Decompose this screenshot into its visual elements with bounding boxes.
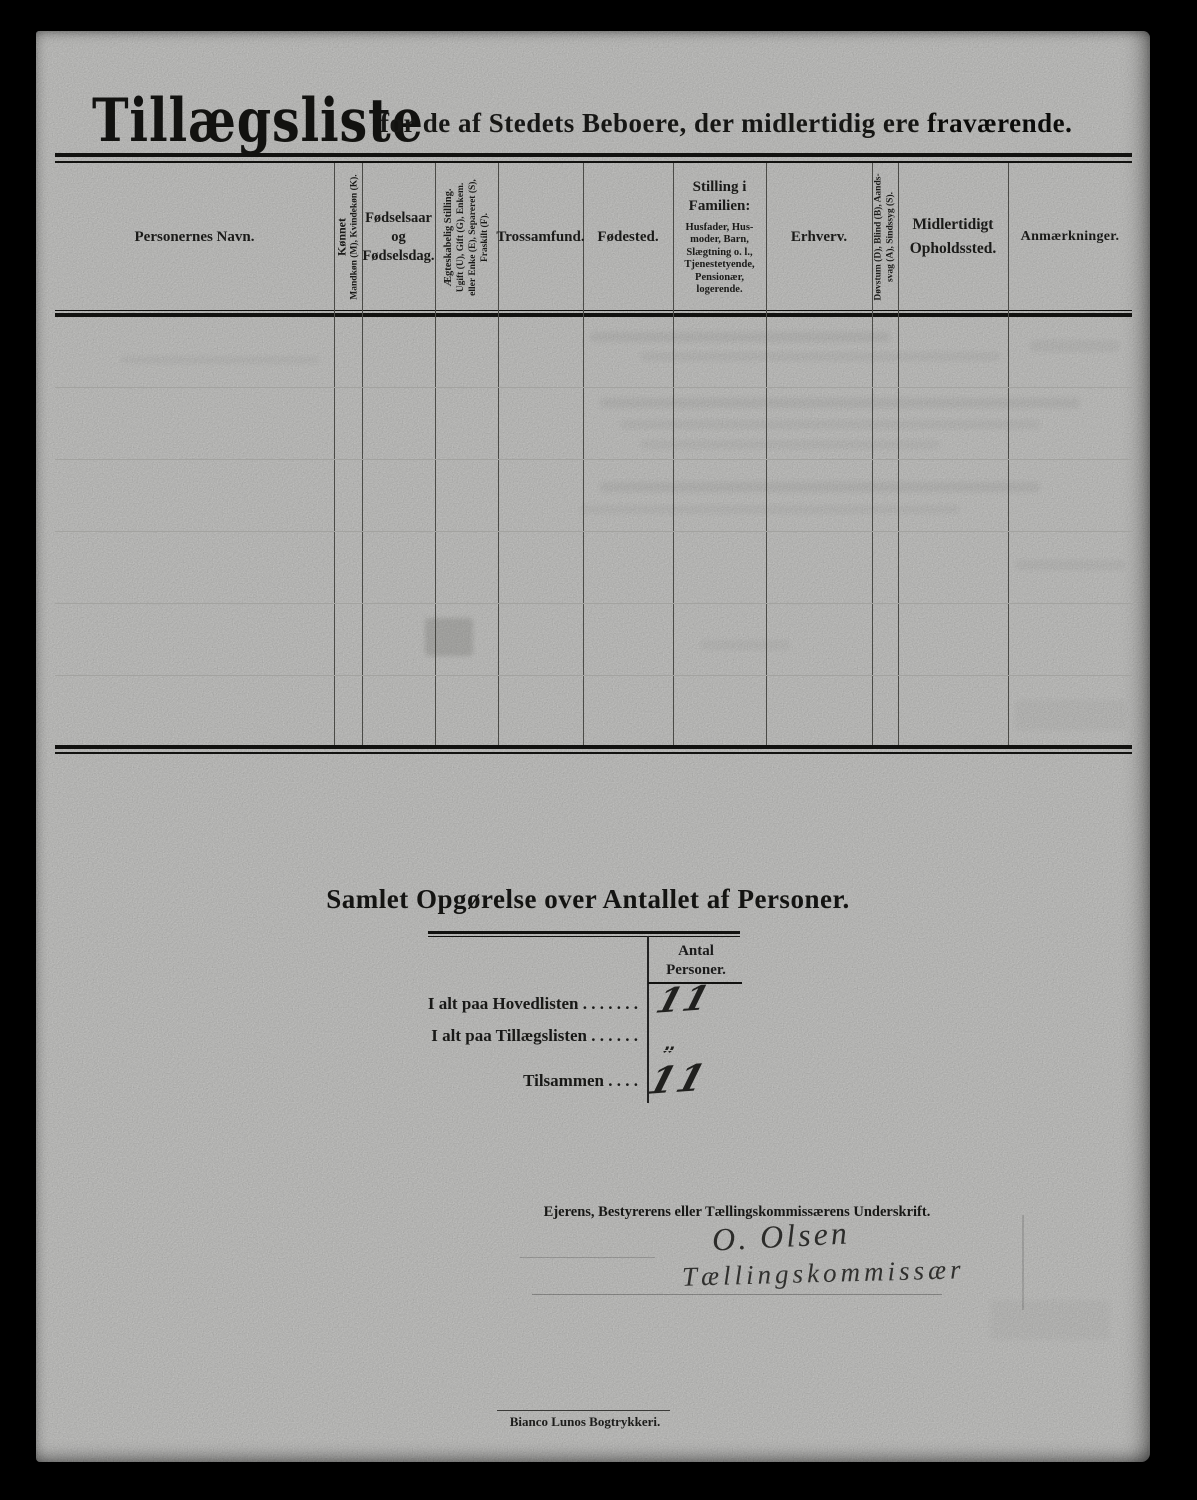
scanned-census-form-page: Tillægsliste for de af Stedets Beboere, …: [0, 0, 1197, 1500]
foedselsaar-line3: Fødselsdag.: [362, 247, 434, 266]
column-header-navn-label: Personernes Navn.: [135, 229, 255, 246]
summary-top-rule-thin: [428, 936, 740, 937]
stilling-title2: Familien:: [689, 197, 751, 216]
bleed-through-artifact: [1015, 700, 1125, 730]
subtitle-text: for de af Stedets Beboere, der midlertid…: [380, 108, 920, 138]
bleed-through-artifact: [700, 640, 790, 650]
vertical-text: Kønnet Mandkøn (M), Kvindekøn (K).: [335, 174, 361, 299]
column-header-navn: Personernes Navn.: [55, 163, 334, 311]
bleed-through-artifact: [1030, 340, 1120, 352]
column-header-foedested: Fødested.: [583, 163, 673, 311]
summary-row2-label: I alt paa Tillægslisten . . . . . .: [420, 1026, 638, 1046]
summary-row3-label: Tilsammen . . . .: [420, 1071, 638, 1091]
stilling-sub5: Pensionær,: [684, 272, 754, 285]
table-top-rule-thick: [55, 153, 1132, 157]
table-bottom-rule-thin: [55, 752, 1132, 754]
row-line: [55, 603, 1132, 604]
trossamfund-label: Trossamfund.: [496, 229, 584, 246]
column-header-anmaerkninger: Anmærkninger.: [1008, 163, 1132, 311]
doevstum-line1: Døvstum (D), Blind (B), Aands-: [873, 173, 885, 300]
footer-rule: [497, 1410, 670, 1411]
doevstum-line2: svag (A), Sindssyg (S).: [885, 173, 897, 300]
aegteskabelig-line2: Ugift (U), Gift (G), Enkem.: [455, 179, 467, 296]
summary-divider-line: [647, 936, 649, 1103]
stilling-sub4: Tjenestetyende,: [684, 259, 754, 272]
aegteskabelig-line4: Fraskilt (F).: [479, 179, 491, 296]
column-header-aegteskabelig: Ægteskabelig Stilling. Ugift (U), Gift (…: [435, 163, 498, 311]
summary-row2-value-ditto-mark: „: [663, 1030, 676, 1056]
summary-row1-label: I alt paa Hovedlisten . . . . . . .: [420, 994, 638, 1014]
summary-top-rule-thick: [428, 931, 740, 934]
bleed-through-artifact: [620, 420, 1040, 429]
foedested-label: Fødested.: [597, 229, 658, 246]
opholdssted-line2: Opholdssted.: [910, 237, 997, 261]
bleed-through-artifact: [425, 618, 473, 656]
row-line: [55, 387, 1132, 388]
foedselsaar-line1: Fødselsaar: [362, 209, 434, 228]
signature-underline: [532, 1294, 942, 1295]
column-header-foedselsaar: Fødselsaar og Fødselsdag.: [362, 163, 435, 311]
printer-imprint: Bianco Lunos Bogtrykkeri.: [465, 1414, 705, 1430]
bleed-through-artifact: [120, 356, 320, 364]
summary-row2-line: [649, 1050, 741, 1051]
summary-col-header: Antal Personer.: [650, 942, 742, 980]
summary-col-header-line2: Personer.: [650, 961, 742, 980]
page-subtitle: for de af Stedets Beboere, der midlertid…: [380, 108, 1072, 139]
aegteskabelig-line1: Ægteskabelig Stilling.: [442, 179, 455, 296]
row-line: [55, 675, 1132, 676]
vertical-text: Døvstum (D), Blind (B), Aands- svag (A),…: [873, 173, 897, 300]
column-header-doevstum: Døvstum (D), Blind (B), Aands- svag (A),…: [872, 163, 898, 311]
row-line: [55, 459, 1132, 460]
subtitle-emphasis: fraværende.: [927, 108, 1072, 138]
column-header-trossamfund: Trossamfund.: [498, 163, 583, 311]
signature-label: Ejerens, Bestyrerens eller Tællingskommi…: [527, 1204, 947, 1221]
stilling-sub1: Husfader, Hus-: [684, 222, 754, 235]
aegteskabelig-line3: eller Enke (E), Separeret (S),: [467, 179, 479, 296]
bleed-through-artifact: [640, 440, 940, 449]
signature-handwritten-name: O. Olsen: [711, 1214, 851, 1258]
stilling-sub6: logerende.: [684, 284, 754, 297]
column-header-koennet: Kønnet Mandkøn (M), Kvindekøn (K).: [334, 163, 362, 311]
bleed-through-artifact: [1015, 560, 1125, 570]
column-header-koennet-codes: Mandkøn (M), Kvindekøn (K).: [349, 174, 361, 299]
opholdssted-line1: Midlertidigt: [910, 213, 997, 237]
summary-col-header-line1: Antal: [650, 942, 742, 961]
table-bottom-rule-thick: [55, 745, 1132, 749]
column-header-opholdssted: Midlertidigt Opholdssted.: [898, 163, 1008, 311]
bleed-through-artifact: [600, 398, 1080, 408]
paper-fold-line: [1022, 1215, 1024, 1310]
column-header-stilling: Stilling i Familien: Husfader, Hus- mode…: [673, 163, 766, 311]
page-title: Tillægsliste: [92, 86, 424, 156]
column-header-erhverv: Erhverv.: [766, 163, 872, 311]
stilling-sub3: Slægtning o. l.,: [684, 247, 754, 260]
column-header-koennet-title: Kønnet: [335, 174, 349, 299]
summary-heading: Samlet Opgørelse over Antallet af Person…: [288, 884, 888, 915]
anmaerkninger-label: Anmærkninger.: [1021, 229, 1120, 245]
bleed-through-artifact: [640, 352, 1000, 361]
stilling-sub2: moder, Barn,: [684, 234, 754, 247]
stilling-title1: Stilling i: [689, 178, 751, 197]
row-line: [55, 531, 1132, 532]
vertical-text: Ægteskabelig Stilling. Ugift (U), Gift (…: [442, 179, 491, 296]
erhverv-label: Erhverv.: [791, 229, 847, 246]
bleed-through-artifact: [590, 332, 890, 342]
bleed-through-artifact: [990, 1300, 1110, 1340]
header-bottom-rule-thick: [55, 313, 1132, 317]
bleed-through-artifact: [580, 505, 960, 514]
foedselsaar-line2: og: [362, 228, 434, 247]
bleed-through-artifact: [600, 482, 1040, 492]
signature-pencil-line: [520, 1257, 655, 1258]
